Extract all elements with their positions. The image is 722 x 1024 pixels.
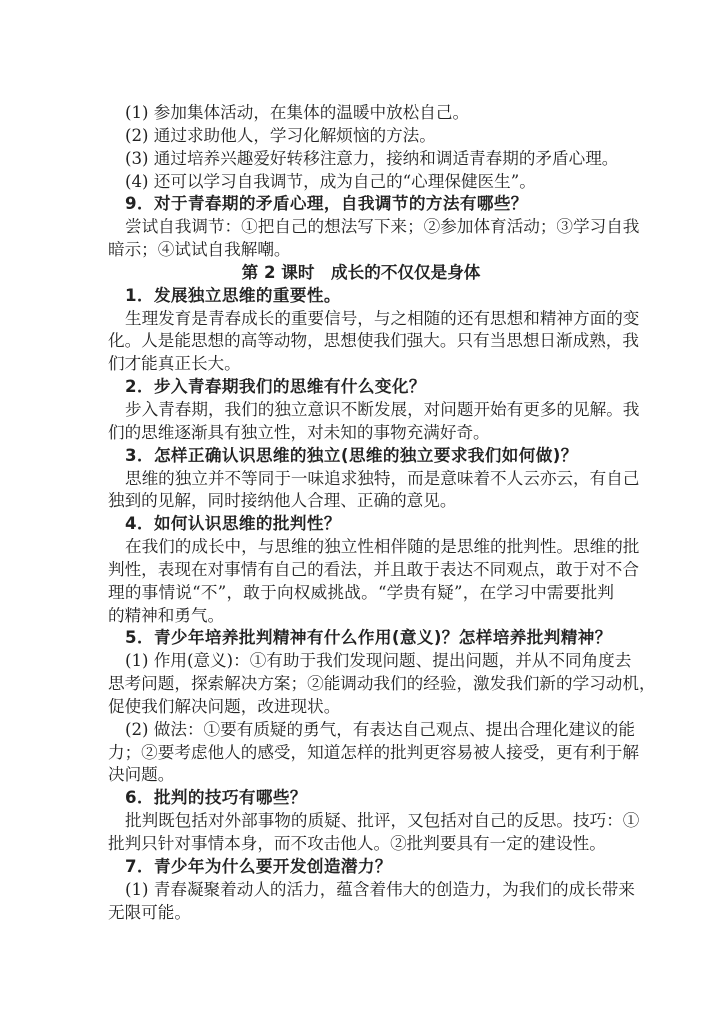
paragraph-line: 思考问题，探索解决方案；②能调动我们的经验，激发我们新的学习动机， [108,673,614,696]
paragraph-line: 判性，表现在对事情有自己的看法，并且敢于表达不同观点，敢于对不合 [108,559,614,582]
paragraph-line: 们的思维逐渐具有独立性，对未知的事物充满好奇。 [108,422,614,445]
paragraph-line: 的精神和勇气。 [108,605,614,628]
question-heading-9: 9．对于青春期的矛盾心理，自我调节的方法有哪些？ [108,193,614,216]
paragraph-line: 步入青春期，我们的独立意识不断发展，对问题开始有更多的见解。我 [108,399,614,422]
paragraph-line: 力；②要考虑他人的感受，知道怎样的批判更容易被人接受，更有利于解 [108,742,614,765]
paragraph-line: 批判既包括对外部事物的质疑、批评，又包括对自己的反思。技巧：① [108,810,614,833]
list-item: (1) 参加集体活动，在集体的温暖中放松自己。 [108,102,614,125]
paragraph-line: 暗示；④试试自我解嘲。 [108,239,614,262]
list-item: (3) 通过培养兴趣爱好转移注意力，接纳和调适青春期的矛盾心理。 [108,148,614,171]
section-title: 第 2 课时 成长的不仅仅是身体 [108,262,614,285]
question-heading-5: 5．青少年培养批判精神有什么作用(意义)？怎样培养批判精神？ [108,627,614,650]
paragraph-line: 决问题。 [108,764,614,787]
list-item: (4) 还可以学习自我调节，成为自己的“心理保健医生”。 [108,171,614,194]
paragraph-line: 思维的独立并不等同于一味追求独特，而是意味着不人云亦云，有自己 [108,468,614,491]
paragraph-line: 尝试自我调节：①把自己的想法写下来；②参加体育活动；③学习自我 [108,216,614,239]
paragraph-line: 们才能真正长大。 [108,353,614,376]
paragraph-line: 无限可能。 [108,902,614,925]
paragraph-line: 批判只针对事情本身，而不攻击他人。②批判要具有一定的建设性。 [108,833,614,856]
paragraph-line: 在我们的成长中，与思维的独立性相伴随的是思维的批判性。思维的批 [108,536,614,559]
question-heading-3: 3．怎样正确认识思维的独立(思维的独立要求我们如何做)？ [108,445,614,468]
question-heading-7: 7．青少年为什么要开发创造潜力？ [108,856,614,879]
paragraph-line: 生理发育是青春成长的重要信号，与之相随的还有思想和精神方面的变 [108,308,614,331]
question-heading-4: 4．如何认识思维的批判性？ [108,513,614,536]
paragraph-line: (2) 做法：①要有质疑的勇气，有表达自己观点、提出合理化建议的能 [108,719,614,742]
paragraph-line: 促使我们解决问题，改进现状。 [108,696,614,719]
paragraph-line: 理的事情说“不”，敢于向权威挑战。“学贵有疑”，在学习中需要批判 [108,582,614,605]
paragraph-line: (1) 作用(意义)：①有助于我们发现问题、提出问题，并从不同角度去 [108,650,614,673]
paragraph-line: 化。人是能思想的高等动物，思想使我们强大。只有当思想日渐成熟，我 [108,330,614,353]
question-heading-2: 2．步入青春期我们的思维有什么变化？ [108,376,614,399]
list-item: (2) 通过求助他人，学习化解烦恼的方法。 [108,125,614,148]
paragraph-line: 独到的见解，同时接纳他人合理、正确的意见。 [108,490,614,513]
document-page: (1) 参加集体活动，在集体的温暖中放松自己。 (2) 通过求助他人，学习化解烦… [108,102,614,924]
paragraph-line: (1) 青春凝聚着动人的活力，蕴含着伟大的创造力，为我们的成长带来 [108,879,614,902]
question-heading-1: 1．发展独立思维的重要性。 [108,285,614,308]
question-heading-6: 6．批判的技巧有哪些？ [108,787,614,810]
